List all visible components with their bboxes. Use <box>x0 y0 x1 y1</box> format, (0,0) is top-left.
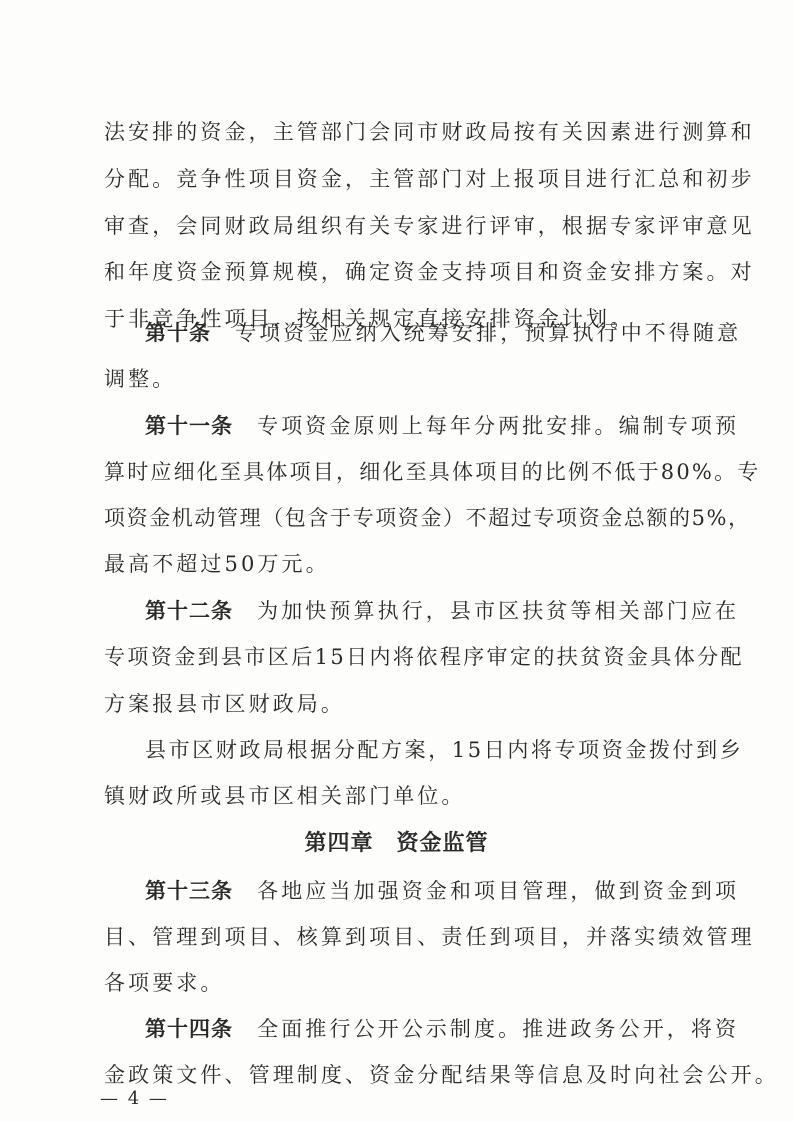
paragraph-line: 和年度资金预算规模，确定资金支持项目和资金安排方案。对 <box>104 257 696 287</box>
paragraph-line: 调整。 <box>104 364 696 394</box>
article-12: 第十二条 为加快预算执行，县市区扶贫等相关部门应在 <box>145 596 696 626</box>
article-14: 第十四条 全面推行公开公示制度。推进政务公开，将资 <box>145 1014 696 1044</box>
paragraph-line: 审查，会同财政局组织有关专家进行评审，根据专家评审意见 <box>104 211 696 241</box>
paragraph-line: 算时应细化至具体项目，细化至具体项目的比例不低于80%。专 <box>104 457 696 487</box>
paragraph-line: 法安排的资金，主管部门会同市财政局按有关因素进行测算和 <box>104 117 696 147</box>
article-13: 第十三条 各地应当加强资金和项目管理，做到资金到项 <box>145 876 696 906</box>
chapter-heading: 第四章 资金监管 <box>0 829 793 859</box>
paragraph-line: 镇财政所或县市区相关部门单位。 <box>104 781 696 811</box>
paragraph-line: 各项要求。 <box>104 968 696 998</box>
paragraph-line: 项资金机动管理（包含于专项资金）不超过专项资金总额的5%， <box>104 503 696 533</box>
article-label: 第十四条 <box>145 1017 233 1041</box>
page-number: — 4 — <box>100 1088 169 1109</box>
document-page: 法安排的资金，主管部门会同市财政局按有关因素进行测算和 分配。竞争性项目资金，主… <box>0 0 793 1122</box>
article-text: 全面推行公开公示制度。推进政务公开，将资 <box>257 1017 739 1041</box>
paragraph-line: 分配。竞争性项目资金，主管部门对上报项目进行汇总和初步 <box>104 164 696 194</box>
article-label: 第十一条 <box>145 414 233 438</box>
article-11: 第十一条 专项资金原则上每年分两批安排。编制专项预 <box>145 411 696 441</box>
paragraph-line: 目、管理到项目、核算到项目、责任到项目，并落实绩效管理 <box>104 922 696 952</box>
article-text: 各地应当加强资金和项目管理，做到资金到项 <box>257 879 739 903</box>
paragraph-line: 最高不超过50万元。 <box>104 549 696 579</box>
article-10: 第十条 专项资金应纳入统筹安排，预算执行中不得随意 <box>145 318 696 348</box>
article-text: 专项资金应纳入统筹安排，预算执行中不得随意 <box>235 321 741 345</box>
paragraph-line: 县市区财政局根据分配方案，15日内将专项资金拨付到乡 <box>145 735 696 765</box>
article-label: 第十三条 <box>145 879 233 903</box>
paragraph-line: 金政策文件、管理制度、资金分配结果等信息及时向社会公开。 <box>104 1060 696 1090</box>
article-text: 专项资金原则上每年分两批安排。编制专项预 <box>257 414 739 438</box>
article-label: 第十条 <box>145 321 211 345</box>
paragraph-line: 专项资金到县市区后15日内将依程序审定的扶贫资金具体分配 <box>104 642 696 672</box>
paragraph-line: 方案报县市区财政局。 <box>104 689 696 719</box>
article-text: 为加快预算执行，县市区扶贫等相关部门应在 <box>257 599 739 623</box>
article-label: 第十二条 <box>145 599 233 623</box>
